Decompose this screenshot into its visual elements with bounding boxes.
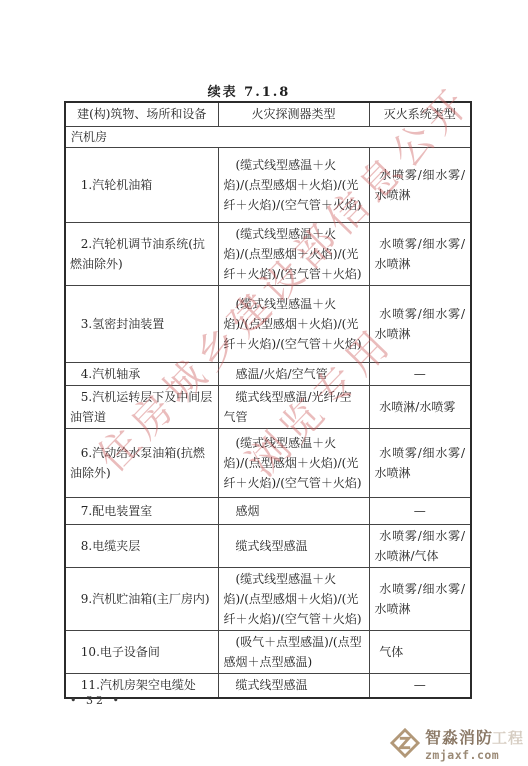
table-row: 7.配电装置室 感烟 — <box>65 497 471 524</box>
table-row: 8.电缆夹层 缆式线型感温 水喷雾/细水雾/水喷淋/气体 <box>65 524 471 567</box>
section-label: 汽机房 <box>65 126 471 147</box>
brand-name-suffix: 工程 <box>492 729 524 747</box>
system-cell: — <box>369 497 471 524</box>
fire-protection-table: 建(构)筑物、场所和设备 火灾探测器类型 灭火系统类型 汽机房 1.汽轮机油箱 … <box>64 101 472 699</box>
facility-cell: 7.配电装置室 <box>65 497 218 524</box>
detector-cell: (缆式线型感温＋火焰)/(点型感烟＋火焰)/(光纤＋火焰)/(空气管＋火焰) <box>218 147 369 222</box>
table-row: 11.汽机房架空电缆处 缆式线型感温 — <box>65 673 471 698</box>
detector-cell: 感温/火焰/空气管 <box>218 362 369 385</box>
system-cell: 气体 <box>369 630 471 673</box>
facility-cell: 8.电缆夹层 <box>65 524 218 567</box>
facility-cell: 1.汽轮机油箱 <box>65 147 218 222</box>
detector-cell: (缆式线型感温＋火焰)/(点型感烟＋火焰)/(光纤＋火焰)/(空气管＋火焰) <box>218 285 369 362</box>
table-row: 10.电子设备间 (吸气＋点型感温)/(点型感烟＋点型感温) 气体 <box>65 630 471 673</box>
facility-cell: 9.汽机贮油箱(主厂房内) <box>65 567 218 630</box>
system-cell: 水喷雾/细水雾/水喷淋 <box>369 222 471 285</box>
system-cell: — <box>369 673 471 698</box>
detector-cell: (缆式线型感温＋火焰)/(点型感烟＋火焰)/(光纤＋火焰)/(空气管＋火焰) <box>218 567 369 630</box>
col-header-detector: 火灾探测器类型 <box>218 102 369 126</box>
page-title: 续表 7.1.8 <box>64 81 434 100</box>
table-row: 1.汽轮机油箱 (缆式线型感温＋火焰)/(点型感烟＋火焰)/(光纤＋火焰)/(空… <box>65 147 471 222</box>
table-row: 3.氢密封油装置 (缆式线型感温＋火焰)/(点型感烟＋火焰)/(光纤＋火焰)/(… <box>65 285 471 362</box>
system-cell: — <box>369 362 471 385</box>
detector-cell: (吸气＋点型感温)/(点型感烟＋点型感温) <box>218 630 369 673</box>
table-row: 5.汽机运转层下及中间层油管道 缆式线型感温/光纤/空气管 水喷淋/水喷雾 <box>65 385 471 428</box>
page-number: • 32 • <box>70 694 122 707</box>
table-row: 6.汽动给水泵油箱(抗燃油除外) (缆式线型感温＋火焰)/(点型感烟＋火焰)/(… <box>65 428 471 497</box>
facility-cell: 10.电子设备间 <box>65 630 218 673</box>
detector-cell: 缆式线型感温 <box>218 524 369 567</box>
system-cell: 水喷雾/细水雾/水喷淋 <box>369 147 471 222</box>
brand-watermark: 智淼消防工程 zmjaxf.com <box>388 722 524 764</box>
facility-cell: 5.汽机运转层下及中间层油管道 <box>65 385 218 428</box>
table-header-row: 建(构)筑物、场所和设备 火灾探测器类型 灭火系统类型 <box>65 102 471 126</box>
brand-diamond-z-icon <box>388 726 422 760</box>
facility-cell: 6.汽动给水泵油箱(抗燃油除外) <box>65 428 218 497</box>
section-row: 汽机房 <box>65 126 471 147</box>
detector-cell: (缆式线型感温＋火焰)/(点型感烟＋火焰)/(光纤＋火焰)/(空气管＋火焰) <box>218 428 369 497</box>
detector-cell: (缆式线型感温＋火焰)/(点型感烟＋火焰)/(光纤＋火焰)/(空气管＋火焰) <box>218 222 369 285</box>
brand-texts: 智淼消防工程 zmjaxf.com <box>425 725 524 762</box>
detector-cell: 缆式线型感温/光纤/空气管 <box>218 385 369 428</box>
system-cell: 水喷雾/细水雾/水喷淋 <box>369 567 471 630</box>
col-header-system: 灭火系统类型 <box>369 102 471 126</box>
facility-cell: 2.汽轮机调节油系统(抗燃油除外) <box>65 222 218 285</box>
system-cell: 水喷雾/细水雾/水喷淋/气体 <box>369 524 471 567</box>
detector-cell: 缆式线型感温 <box>218 673 369 698</box>
brand-name: 智淼消防工程 <box>425 725 524 748</box>
brand-name-main: 智淼消防 <box>425 728 493 747</box>
facility-cell: 3.氢密封油装置 <box>65 285 218 362</box>
col-header-facility: 建(构)筑物、场所和设备 <box>65 102 218 126</box>
system-cell: 水喷雾/细水雾/水喷淋 <box>369 428 471 497</box>
table-row: 2.汽轮机调节油系统(抗燃油除外) (缆式线型感温＋火焰)/(点型感烟＋火焰)/… <box>65 222 471 285</box>
system-cell: 水喷雾/细水雾/水喷淋 <box>369 285 471 362</box>
facility-cell: 4.汽机轴承 <box>65 362 218 385</box>
detector-cell: 感烟 <box>218 497 369 524</box>
table-row: 9.汽机贮油箱(主厂房内) (缆式线型感温＋火焰)/(点型感烟＋火焰)/(光纤＋… <box>65 567 471 630</box>
system-cell: 水喷淋/水喷雾 <box>369 385 471 428</box>
table-row: 4.汽机轴承 感温/火焰/空气管 — <box>65 362 471 385</box>
brand-url: zmjaxf.com <box>425 748 524 762</box>
